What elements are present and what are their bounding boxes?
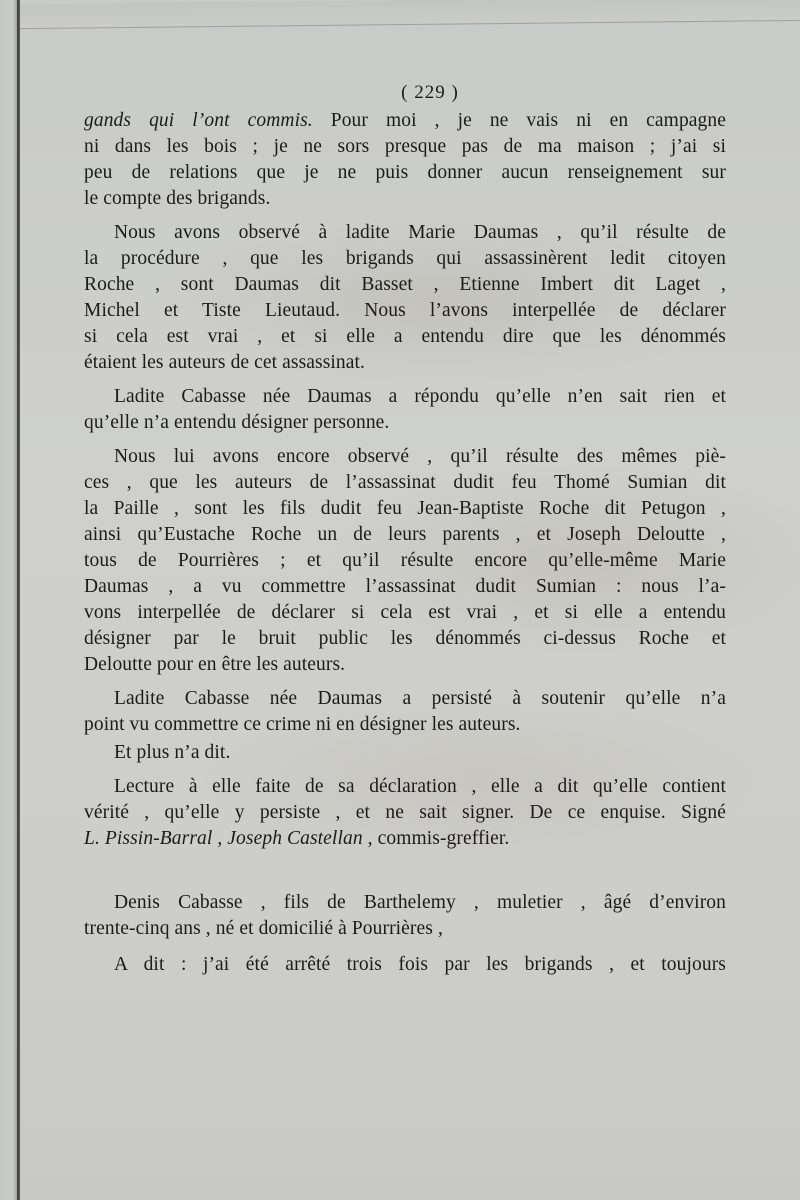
text-line: vons interpellée de déclarer si cela est… bbox=[84, 600, 726, 626]
text-line: la procédure , que les brigands qui assa… bbox=[84, 246, 726, 272]
text-line: la Paille , sont les fils dudit feu Jean… bbox=[84, 496, 726, 522]
text-line: Et plus n’a dit. bbox=[84, 740, 726, 766]
paragraph-closing: Et plus n’a dit. bbox=[84, 740, 726, 766]
text-line: si cela est vrai , et si elle a entendu … bbox=[84, 324, 726, 350]
paragraph-signature: Lecture à elle faite de sa déclaration ,… bbox=[84, 774, 726, 852]
text-line: tous de Pourrières ; et qu’il résulte en… bbox=[84, 548, 726, 574]
page-number: ( 229 ) bbox=[84, 80, 726, 106]
adjacent-page-edge bbox=[0, 0, 18, 1200]
text-line: Nous avons observé à ladite Marie Daumas… bbox=[84, 220, 726, 246]
paragraph-observation-2: Nous lui avons encore observé , qu’il ré… bbox=[84, 444, 726, 678]
text-line: étaient les auteurs de cet assassinat. bbox=[84, 350, 726, 376]
text: , commis-greffier. bbox=[363, 828, 510, 849]
book-gutter bbox=[17, 0, 20, 1200]
text-line: vérité , qu’elle y persiste , et ne sait… bbox=[84, 800, 726, 826]
text-line: trente-cinq ans , né et domicilié à Pour… bbox=[84, 916, 726, 942]
text-line: L. Pissin-Barral , Joseph Castellan , co… bbox=[84, 826, 726, 852]
text-line: Michel et Tiste Lieutaud. Nous l’avons i… bbox=[84, 298, 726, 324]
paragraph-witness-statement: A dit : j’ai été arrêté trois fois par l… bbox=[84, 952, 726, 978]
paragraph-response-1: Ladite Cabasse née Daumas a répondu qu’e… bbox=[84, 384, 726, 436]
paragraph-response-2: Ladite Cabasse née Daumas a persisté à s… bbox=[84, 686, 726, 738]
text-line: désigner par le bruit public les dénommé… bbox=[84, 626, 726, 652]
italic-text: gands qui l’ont commis. bbox=[84, 110, 313, 131]
text-line: le compte des brigands. bbox=[84, 186, 726, 212]
text-line: Nous lui avons encore observé , qu’il ré… bbox=[84, 444, 726, 470]
section-gap bbox=[84, 860, 726, 890]
text: Pour moi , je ne vais ni en campagne bbox=[313, 110, 726, 131]
text-line: gands qui l’ont commis. Pour moi , je ne… bbox=[84, 108, 726, 134]
text-line: Deloutte pour en être les auteurs. bbox=[84, 652, 726, 678]
text-line: qu’elle n’a entendu désigner personne. bbox=[84, 410, 726, 436]
text-line: Ladite Cabasse née Daumas a répondu qu’e… bbox=[84, 384, 726, 410]
paragraph-continuation: gands qui l’ont commis. Pour moi , je ne… bbox=[84, 108, 726, 212]
text-line: A dit : j’ai été arrêté trois fois par l… bbox=[84, 952, 726, 978]
text-line: Lecture à elle faite de sa déclaration ,… bbox=[84, 774, 726, 800]
signatories: L. Pissin-Barral , Joseph Castellan bbox=[84, 828, 363, 849]
paragraph-witness-intro: Denis Cabasse , fils de Barthelemy , mul… bbox=[84, 890, 726, 942]
text-line: Denis Cabasse , fils de Barthelemy , mul… bbox=[84, 890, 726, 916]
text-line: Ladite Cabasse née Daumas a persisté à s… bbox=[84, 686, 726, 712]
text-line: point vu commettre ce crime ni en désign… bbox=[84, 712, 726, 738]
paragraph-observation-1: Nous avons observé à ladite Marie Daumas… bbox=[84, 220, 726, 376]
text-line: Daumas , a vu commettre l’assassinat dud… bbox=[84, 574, 726, 600]
text-line: peu de relations que je ne puis donner a… bbox=[84, 160, 726, 186]
text-line: ces , que les auteurs de l’assassinat du… bbox=[84, 470, 726, 496]
text-line: ni dans les bois ; je ne sors presque pa… bbox=[84, 134, 726, 160]
page-text: ( 229 ) gands qui l’ont commis. Pour moi… bbox=[84, 80, 726, 986]
text-line: Roche , sont Daumas dit Basset , Etienne… bbox=[84, 272, 726, 298]
text-line: ainsi qu’Eustache Roche un de leurs pare… bbox=[84, 522, 726, 548]
